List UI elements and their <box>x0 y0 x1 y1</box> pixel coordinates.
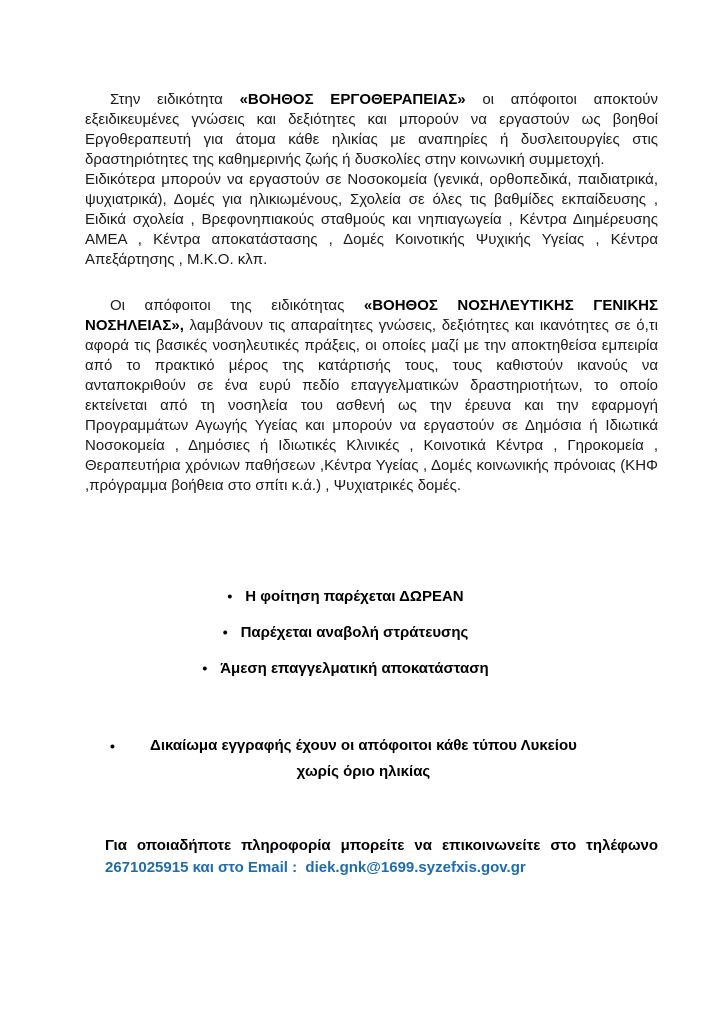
list-item-registration-eligibility: • Δικαίωμα εγγραφής έχουν οι απόφοιτοι κ… <box>110 733 598 785</box>
paragraph-nursing-body: λαμβάνουν τις απαραίτητες γνώσεις, δεξιό… <box>85 317 658 494</box>
paragraph-ergotherapy: Στην ειδικότητα «ΒΟΗΘΟΣ ΕΡΓΟΘΕΡΑΠΕΙΑΣ» ο… <box>85 90 658 170</box>
benefit-label: Παρέχεται αναβολή στράτευσης <box>241 623 469 643</box>
bullet-icon: • <box>223 622 228 642</box>
benefits-list: • Η φοίτηση παρέχεται ΔΩΡΕΑΝ • Παρέχεται… <box>85 586 606 679</box>
paragraph-nursing-intro: Οι απόφοιτοι της ειδικότητας <box>110 297 364 314</box>
bullet-icon: • <box>202 658 207 678</box>
specialty-title-ergotherapy: «ΒΟΗΘΟΣ ΕΡΓΟΘΕΡΑΠΕΙΑΣ» <box>240 91 466 108</box>
bullet-icon: • <box>110 733 115 759</box>
registration-label: Δικαίωμα εγγραφής έχουν οι απόφοιτοι κάθ… <box>129 733 598 785</box>
phone-link[interactable]: 2671025915 <box>105 859 188 876</box>
benefit-label: Άμεση επαγγελματική αποκατάσταση <box>220 659 488 679</box>
benefit-label: Η φοίτηση παρέχεται ΔΩΡΕΑΝ <box>245 587 463 607</box>
list-item-military-deferral: • Παρέχεται αναβολή στράτευσης <box>85 622 606 643</box>
document-page: Στην ειδικότητα «ΒΟΗΘΟΣ ΕΡΓΟΘΕΡΑΠΕΙΑΣ» ο… <box>0 0 724 1024</box>
list-item-career-placement: • Άμεση επαγγελματική αποκατάσταση <box>85 658 606 679</box>
bullet-icon: • <box>227 586 232 606</box>
contact-middle-text: και στο Email : <box>188 859 305 876</box>
contact-text: Για οποιαδήποτε πληροφορία μπορείτε να ε… <box>105 835 658 857</box>
paragraph-nursing: Οι απόφοιτοι της ειδικότητας «ΒΟΗΘΟΣ ΝΟΣ… <box>85 296 658 496</box>
contact-links-line: 2671025915 και στο Email : diek.gnk@1699… <box>105 857 658 879</box>
paragraph-ergotherapy-workplaces: Ειδικότερα μπορούν να εργαστούν σε Νοσοκ… <box>85 170 658 270</box>
email-link[interactable]: diek.gnk@1699.syzefxis.gov.gr <box>305 859 525 876</box>
list-item-free-tuition: • Η φοίτηση παρέχεται ΔΩΡΕΑΝ <box>85 586 606 607</box>
paragraph-ergotherapy-workplaces-text: Ειδικότερα μπορούν να εργαστούν σε Νοσοκ… <box>85 171 658 268</box>
paragraph-ergotherapy-intro: Στην ειδικότητα <box>110 91 240 108</box>
contact-info: Για οποιαδήποτε πληροφορία μπορείτε να ε… <box>105 835 658 879</box>
